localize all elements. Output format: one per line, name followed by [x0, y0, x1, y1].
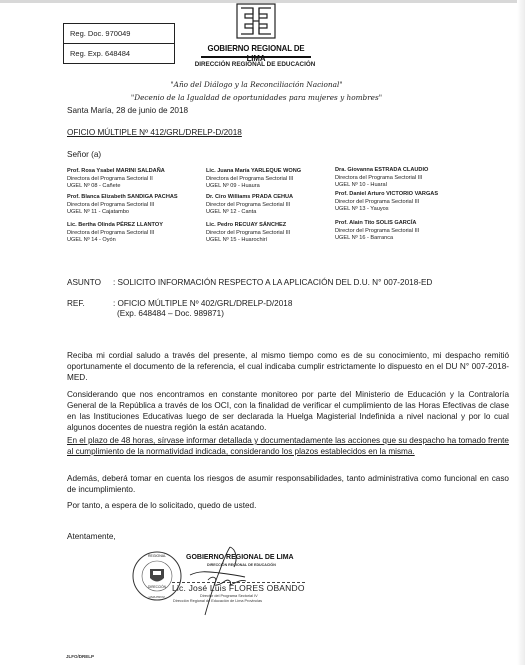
- registry-doc: Reg. Doc. 970049: [64, 24, 174, 43]
- recipient-ugel: UGEL Nº 14 - Oyón: [67, 237, 163, 245]
- recipient: Prof. Alain Tito SOLIS GARCÍA Director d…: [335, 220, 419, 243]
- body-paragraph-2: Considerando que nos encontramos en cons…: [67, 389, 509, 433]
- svg-text:LIMA PROV.: LIMA PROV.: [149, 595, 166, 599]
- subject-value: : SOLICITO INFORMACIÓN RESPECTO A LA APL…: [113, 278, 432, 287]
- svg-text:DIRECCIÓN: DIRECCIÓN: [148, 584, 167, 589]
- recipient-name: Dra. Giovanna ESTRADA CLAUDIO: [335, 167, 428, 175]
- motto-decade: "Decenio de la Igualdad de oportunidades…: [0, 93, 519, 102]
- recipient-name: Prof. Rosa Ysabel MARINI SALDAÑA: [67, 168, 165, 176]
- recipient-name: Lic. Bertha Olinda PÉREZ LLANTOY: [67, 222, 163, 230]
- svg-text:REGIONAL: REGIONAL: [148, 554, 166, 558]
- title-underline: [201, 56, 311, 58]
- recipient-ugel: UGEL Nº 11 - Cajatambo: [67, 209, 178, 217]
- recipient-name: Lic. Pedro RECUAY SÁNCHEZ: [206, 222, 290, 230]
- body-paragraph-5: Por tanto, a espera de lo solicitado, qu…: [67, 500, 509, 511]
- salutation: Señor (a): [67, 150, 101, 159]
- recipient-name: Dr. Ciro Williams PRADA CEHUA: [206, 194, 293, 202]
- recipient: Dra. Giovanna ESTRADA CLAUDIO Directora …: [335, 167, 428, 190]
- recipient: Prof. Daniel Arturo VICTORIO VARGAS Dire…: [335, 191, 438, 214]
- motto-year: "Año del Diálogo y la Reconciliación Nac…: [0, 80, 519, 89]
- subject-label: ASUNTO: [67, 278, 101, 287]
- body-paragraph-3-request: En el plazo de 48 horas, sírvase informa…: [67, 435, 509, 457]
- reference-value: : OFICIO MÚLTIPLE Nº 402/GRL/DRELP-D/201…: [113, 299, 292, 308]
- recipient-ugel: UGEL Nº 08 - Cañete: [67, 183, 165, 191]
- institution-title: GOBIERNO REGIONAL DE LIMA: [204, 43, 307, 63]
- department-title: DIRECCIÓN REGIONAL DE EDUCACIÓN: [180, 61, 330, 68]
- body-paragraph-4: Además, deberá tomar en cuenta los riesg…: [67, 473, 509, 495]
- body-paragraph-1: Reciba mi cordial saludo a través del pr…: [67, 350, 509, 383]
- recipient-name: Prof. Daniel Arturo VICTORIO VARGAS: [335, 191, 438, 199]
- recipient: Lic. Pedro RECUAY SÁNCHEZ Director del P…: [206, 222, 290, 245]
- gobierno-regional-lima-logo-icon: [235, 2, 277, 40]
- reference-detail: (Exp. 648484 – Doc. 989871): [117, 309, 224, 318]
- registry-box: Reg. Doc. 970049 Reg. Exp. 648484: [63, 23, 175, 64]
- recipient-ugel: UGEL Nº 15 - Huarochirí: [206, 237, 290, 245]
- recipient-ugel: UGEL Nº 13 - Yauyos: [335, 206, 438, 214]
- recipient-ugel: UGEL Nº 10 - Huaral: [335, 182, 428, 190]
- recipient: Lic. Juana María YARLEQUE WONG Directora…: [206, 168, 301, 191]
- recipient-ugel: UGEL Nº 16 - Barranca: [335, 235, 419, 243]
- recipient: Prof. Rosa Ysabel MARINI SALDAÑA Directo…: [67, 168, 165, 191]
- document-page: Reg. Doc. 970049 Reg. Exp. 648484 GOBIER…: [0, 0, 525, 665]
- recipient: Lic. Bertha Olinda PÉREZ LLANTOY Directo…: [67, 222, 163, 245]
- recipient-ugel: UGEL Nº 12 - Canta: [206, 209, 293, 217]
- footer-initials: JLFO/DRELP: [66, 654, 94, 659]
- registry-exp: Reg. Exp. 648484: [64, 43, 174, 63]
- place-date: Santa María, 28 de junio de 2018: [67, 106, 188, 115]
- recipient-name: Prof. Blanca Elizabeth SANDIGA PACHAS: [67, 194, 178, 202]
- reference-label: REF.: [67, 299, 85, 308]
- recipient: Prof. Blanca Elizabeth SANDIGA PACHAS Di…: [67, 194, 178, 217]
- valediction: Atentamente,: [67, 532, 116, 541]
- recipient: Dr. Ciro Williams PRADA CEHUA Director d…: [206, 194, 293, 217]
- recipient-name: Prof. Alain Tito SOLIS GARCÍA: [335, 220, 419, 228]
- handwritten-signature: [170, 545, 280, 625]
- recipient-ugel: UGEL Nº 09 - Huaura: [206, 183, 301, 191]
- recipient-name: Lic. Juana María YARLEQUE WONG: [206, 168, 301, 176]
- oficio-number: OFICIO MÚLTIPLE Nº 412/GRL/DRELP-D/2018: [67, 128, 242, 137]
